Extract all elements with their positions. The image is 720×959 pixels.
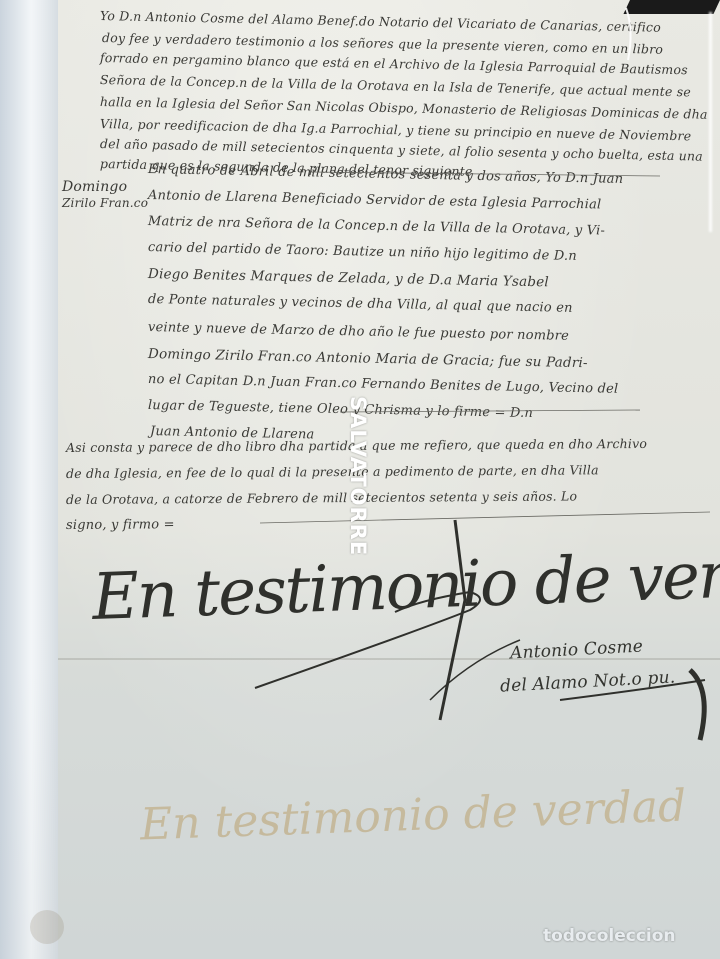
watermark-salvatorre: SALVATORRE	[346, 396, 370, 556]
watermark-todocoleccion: todocoleccion	[543, 926, 676, 946]
stain	[30, 910, 64, 944]
